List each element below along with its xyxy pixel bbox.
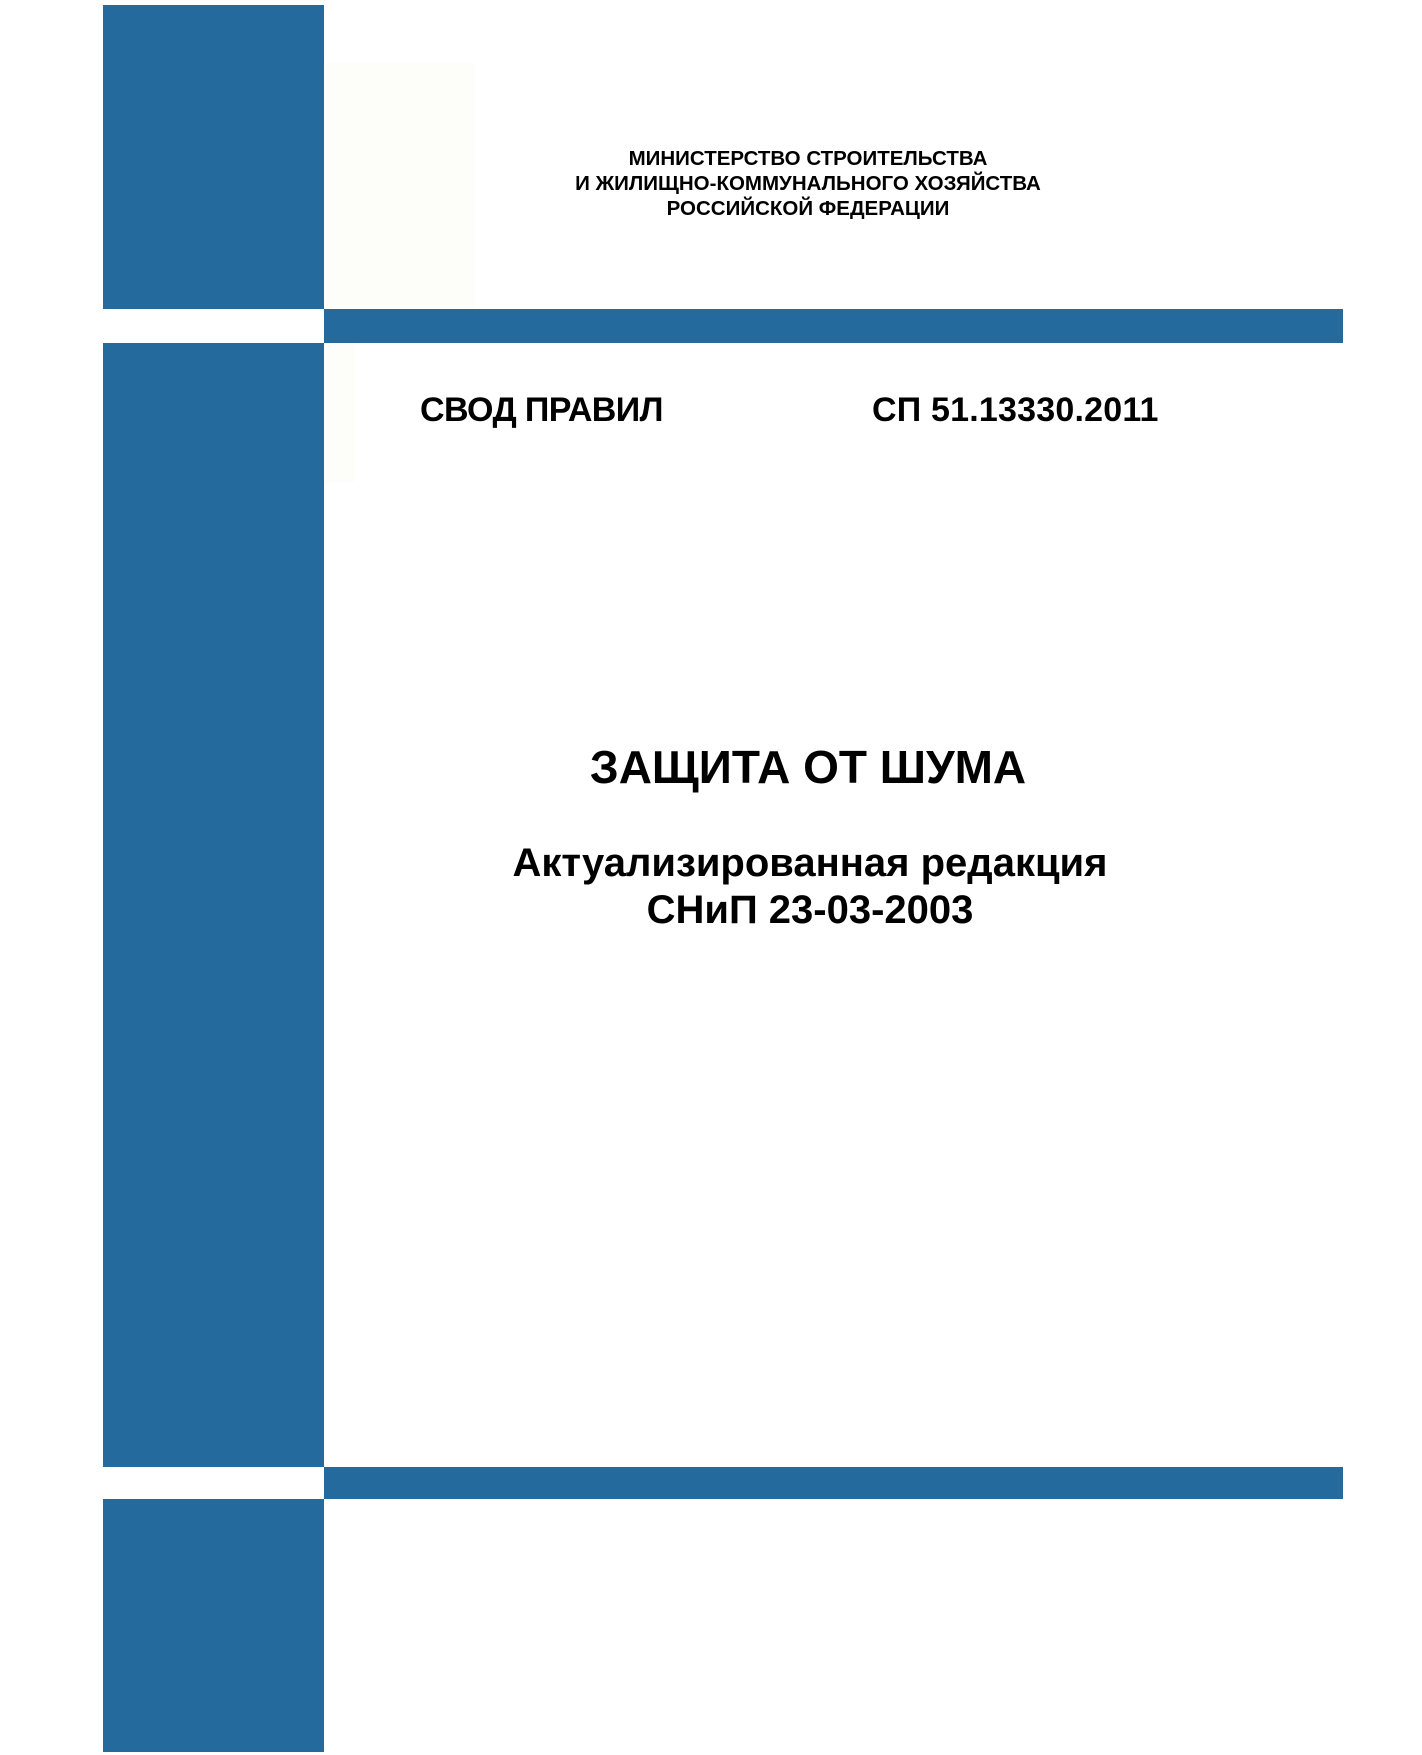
faint-panel-top [324,63,475,309]
ministry-line: МИНИСТЕРСТВО СТРОИТЕЛЬСТВА [508,146,1108,171]
document-title: ЗАЩИТА ОТ ШУМА [508,740,1108,794]
left-column-block-middle [103,343,324,1467]
faint-panel-middle [324,343,354,483]
document-type: СВОД ПРАВИЛ [420,390,663,430]
left-column-block-bottom [103,1499,324,1752]
document-subtitle: Актуализированная редакция СНиП 23-03-20… [460,840,1160,934]
ministry-line: И ЖИЛИЩНО-КОММУНАЛЬНОГО ХОЗЯЙСТВА [508,171,1108,196]
subtitle-line-edition: Актуализированная редакция [460,840,1160,887]
left-column-block-top [103,5,324,309]
subtitle-line-snip: СНиП 23-03-2003 [460,887,1160,934]
ministry-heading: МИНИСТЕРСТВО СТРОИТЕЛЬСТВА И ЖИЛИЩНО-КОМ… [508,146,1108,221]
horizontal-band-bottom [324,1467,1343,1499]
ministry-line: РОССИЙСКОЙ ФЕДЕРАЦИИ [508,196,1108,221]
document-number: СП 51.13330.2011 [872,390,1159,430]
horizontal-band-top [324,309,1343,343]
